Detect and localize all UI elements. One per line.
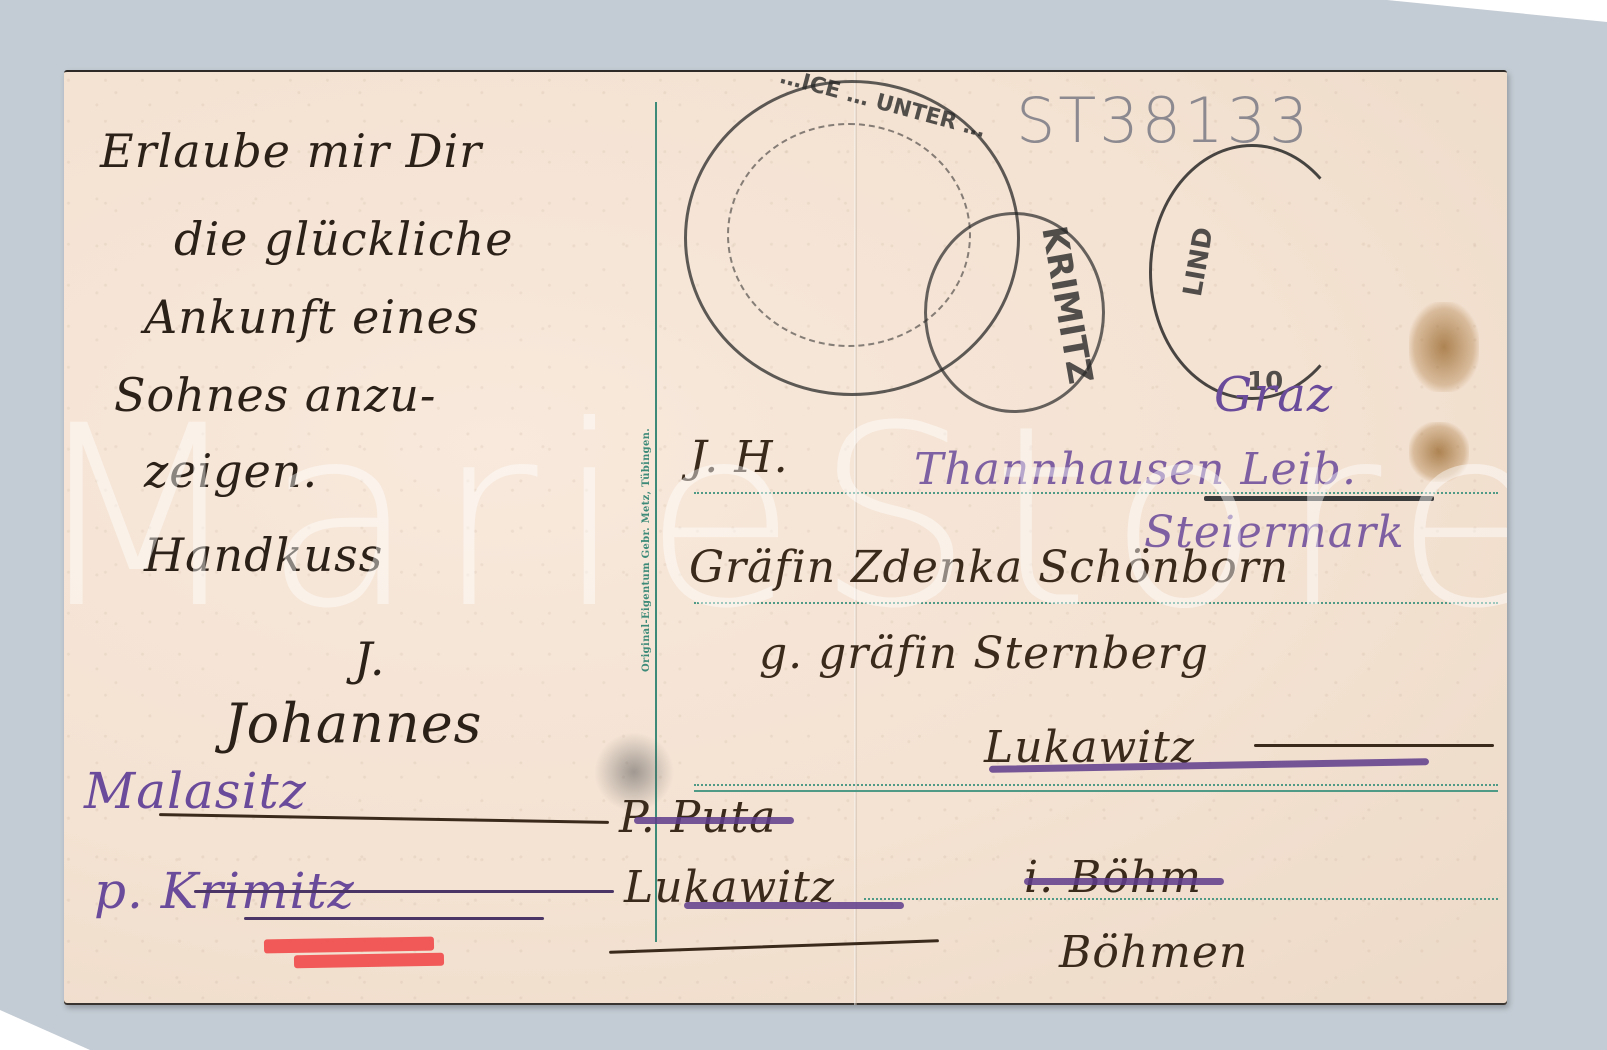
- postmark-krimitz: KRIMITZ: [924, 212, 1105, 413]
- red-crayon-mark: [294, 953, 444, 969]
- address-line: [694, 784, 1498, 786]
- red-crayon-mark: [264, 937, 434, 954]
- address-line-text: g. gräfin Sternberg: [759, 628, 1209, 679]
- strikethrough: [194, 890, 614, 893]
- redirect-text: Malasitz: [84, 762, 307, 820]
- background-corner: [0, 1010, 90, 1050]
- message-line: J.: [354, 632, 386, 686]
- address-line: [694, 790, 1498, 792]
- message-line: Sohnes anzu-: [114, 368, 436, 422]
- message-line: Erlaube mir Dir: [100, 124, 482, 178]
- postmark-lind: LIND 10: [1149, 144, 1355, 400]
- address-line: [694, 602, 1498, 604]
- message-line: Handkuss: [144, 528, 383, 582]
- forwarding-text: Steiermark: [1144, 507, 1405, 558]
- forwarding-text: Graz: [1214, 367, 1333, 423]
- background-corner: [1387, 0, 1607, 22]
- stain: [1409, 302, 1479, 392]
- strikethrough: [1204, 496, 1434, 501]
- postcard: Original-Eigentum Gebr. Metz, Tübingen. …: [64, 70, 1507, 1005]
- forwarding-text: Thannhausen Leib.: [914, 444, 1357, 495]
- strikethrough: [1024, 878, 1224, 885]
- address-line-text: Böhmen: [1059, 927, 1248, 978]
- strikethrough: [634, 817, 794, 824]
- strikethrough: [1254, 744, 1494, 747]
- message-line: die glückliche: [174, 212, 513, 266]
- publisher-imprint: Original-Eigentum Gebr. Metz, Tübingen.: [641, 428, 652, 672]
- signature: Johannes: [224, 692, 482, 755]
- message-line: zeigen.: [144, 444, 318, 498]
- strikethrough: [244, 917, 544, 920]
- stain: [1409, 422, 1469, 482]
- address-line-text: J. H.: [689, 432, 789, 483]
- postmark-text: LIND: [1178, 225, 1220, 299]
- inventory-code: ST38133: [1016, 84, 1311, 157]
- message-line: Ankunft eines: [144, 290, 480, 344]
- strikethrough: [684, 902, 904, 909]
